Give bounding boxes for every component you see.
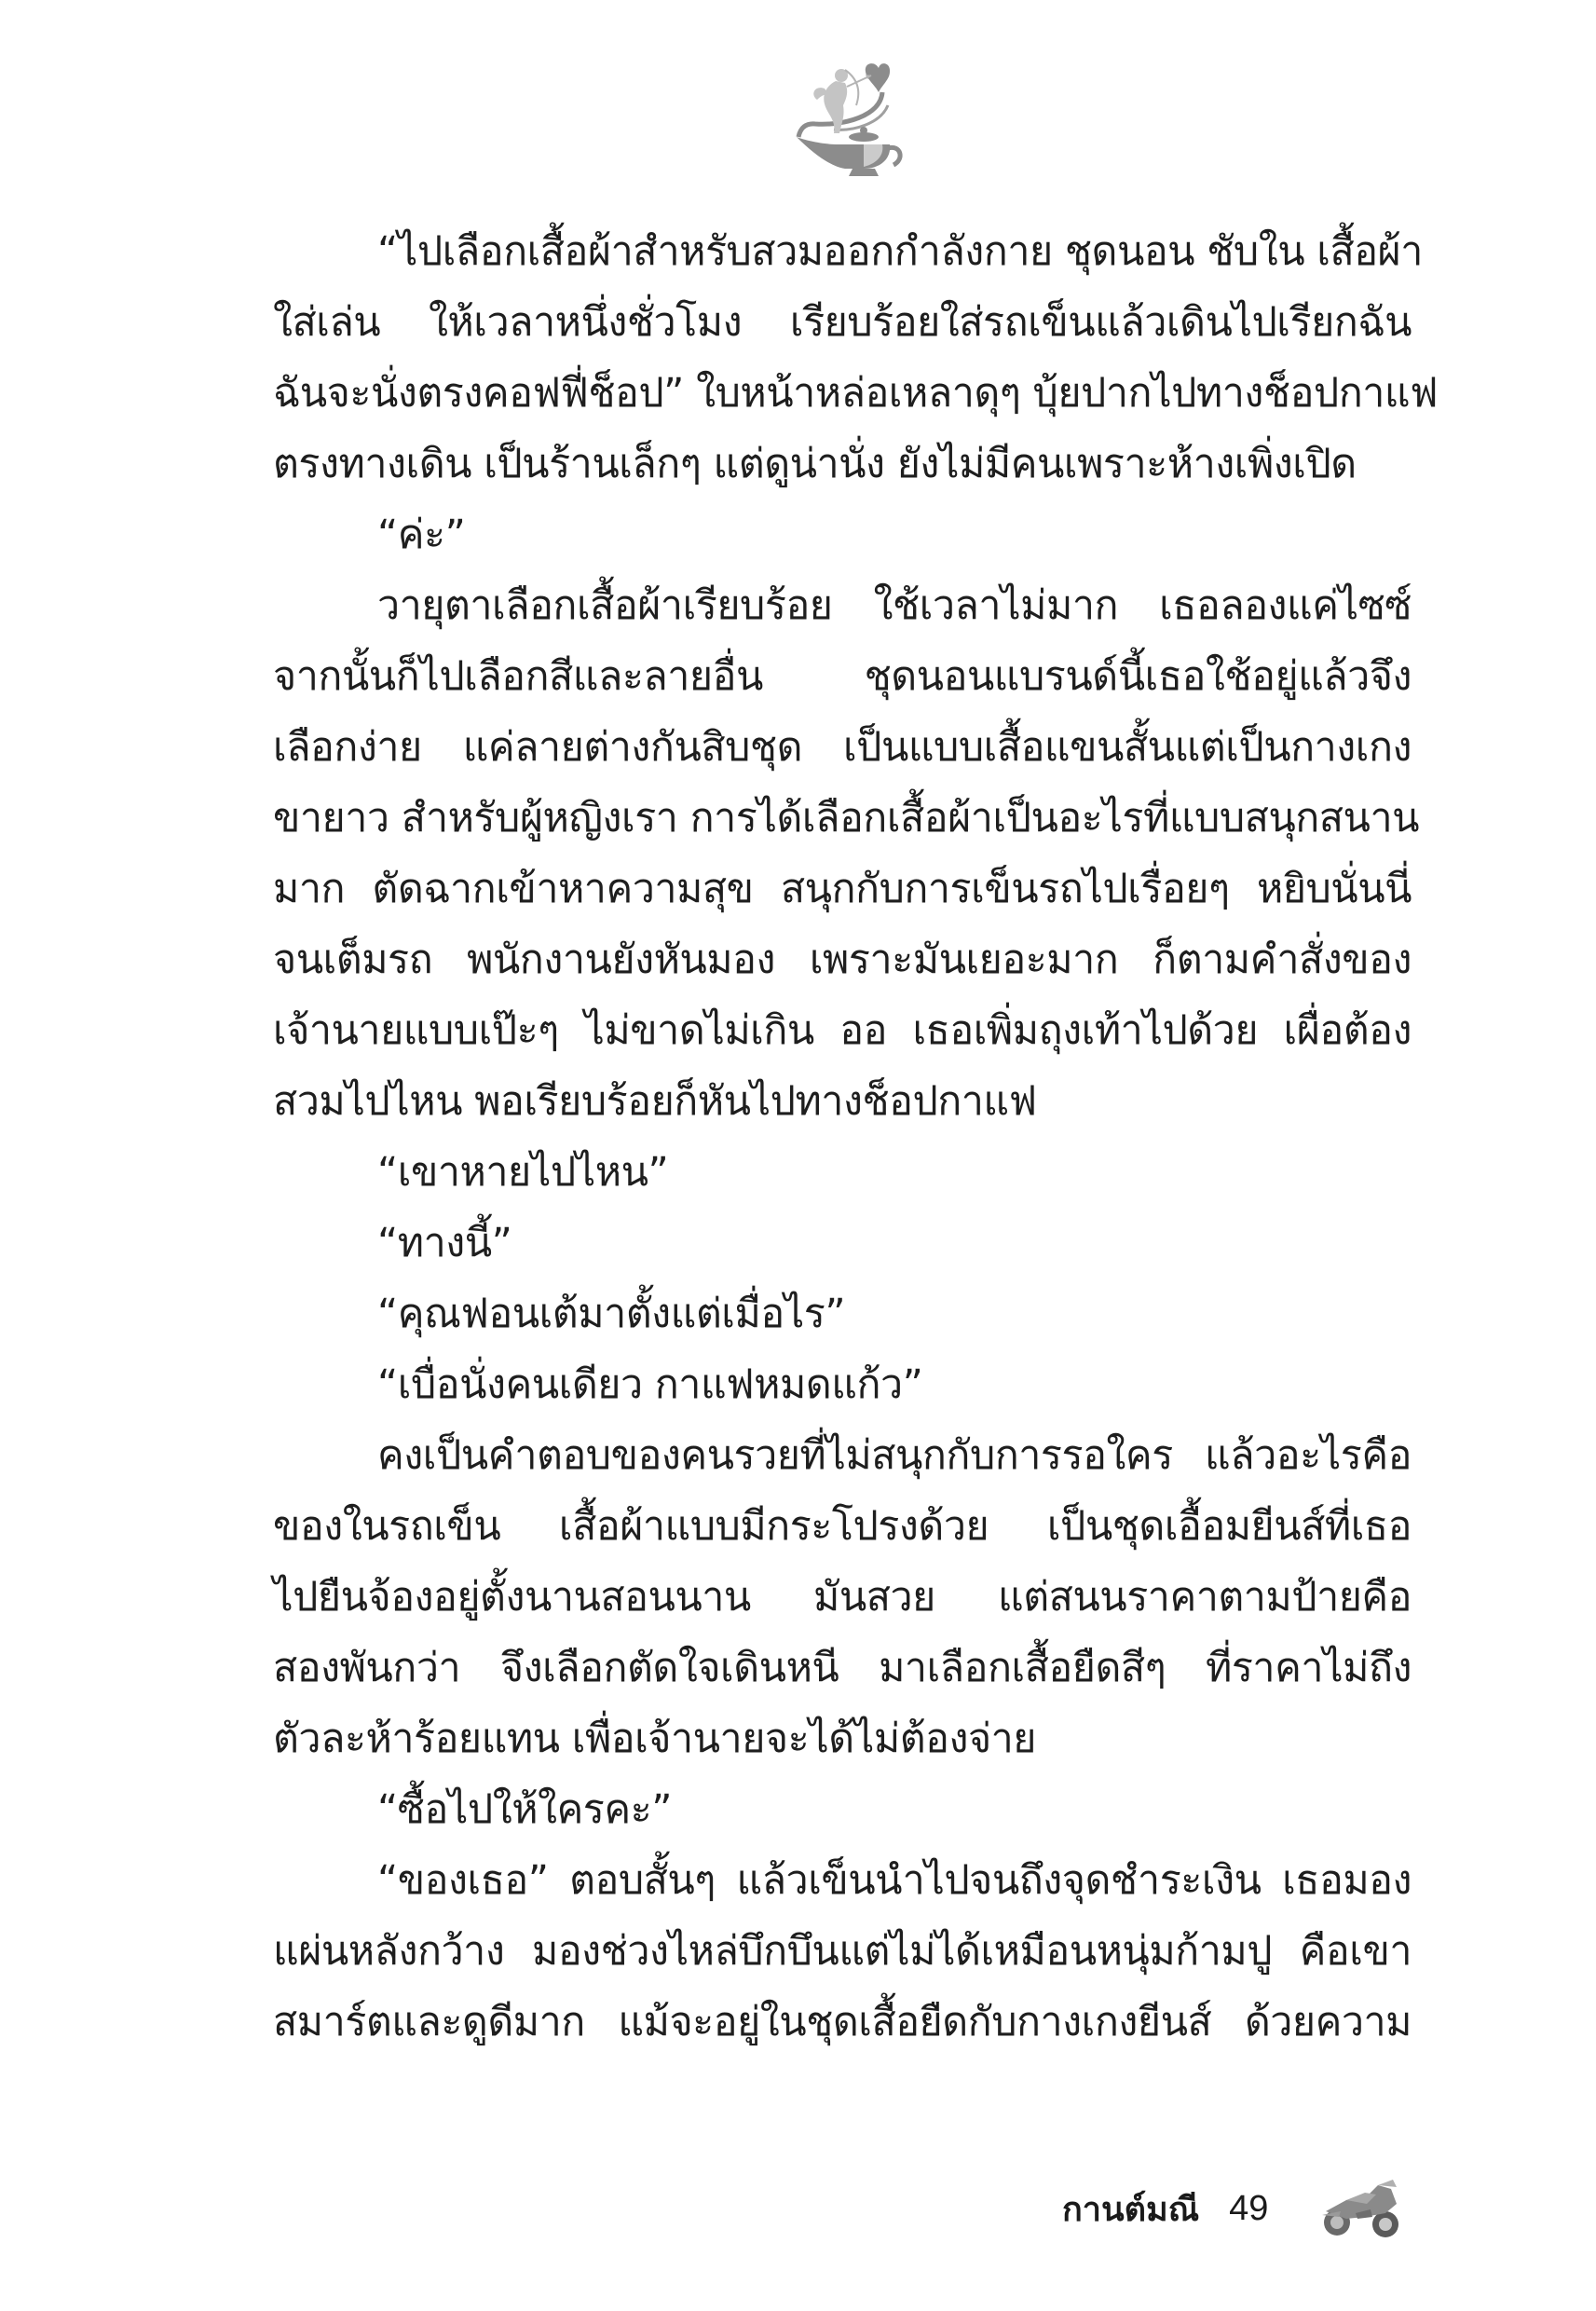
book-title: กานต์มณี (1062, 2182, 1199, 2236)
text-line: สวมไปไหน พอเรียบร้อยก็หันไปทางช็อปกาแฟ (273, 1066, 1412, 1137)
page-footer: กานต์มณี 49 (1062, 2171, 1402, 2246)
text-line: ตัวละห้าร้อยแทน เพื่อเจ้านายจะได้ไม่ต้อง… (273, 1703, 1412, 1774)
text-line: ฉันจะนั่งตรงคอฟฟี่ช็อป” ใบหน้าหล่อเหลาดุ… (273, 358, 1412, 429)
dialogue-line: “เขาหายไปไหน” (273, 1137, 1412, 1208)
text-line: จนเต็มรถ พนักงานยังหันมอง เพราะมันเยอะมา… (273, 924, 1412, 995)
text-line: “ไปเลือกเสื้อผ้าสำหรับสวมออกกำลังกาย ชุด… (273, 216, 1412, 287)
text-line: เจ้านายแบบเป๊ะๆ ไม่ขาดไม่เกิน ออ เธอเพิ่… (273, 995, 1412, 1066)
text-line: วายุตาเลือกเสื้อผ้าเรียบร้อย ใช้เวลาไม่ม… (273, 570, 1412, 641)
text-line: คงเป็นคำตอบของคนรวยที่ไม่สนุกกับการรอใคร… (273, 1420, 1412, 1491)
text-line: เลือกง่าย แค่ลายต่างกันสิบชุด เป็นแบบเสื… (273, 712, 1412, 783)
dialogue-line: “ซื้อไปให้ใครคะ” (273, 1774, 1412, 1845)
text-line: ของในรถเข็น เสื้อผ้าแบบมีกระโปรงด้วย เป็… (273, 1491, 1412, 1562)
text-line: “ของเธอ” ตอบสั้นๆ แล้วเข็นนำไปจนถึงจุดชำ… (273, 1845, 1412, 1916)
text-line: จากนั้นก็ไปเลือกสีและลายอื่น ชุดนอนแบรนด… (273, 641, 1412, 712)
dialogue-line: “ค่ะ” (273, 499, 1412, 570)
text-line: ขายาว สำหรับผู้หญิงเรา การได้เลือกเสื้อผ… (273, 783, 1412, 854)
motorcycle-icon (1318, 2176, 1402, 2241)
lamp-cupid-icon (778, 51, 908, 182)
text-line: สองพันกว่า จึงเลือกตัดใจเดินหนี มาเลือกเ… (273, 1633, 1412, 1703)
text-line: แผ่นหลังกว้าง มองช่วงไหล่บึกบึนแต่ไม่ได้… (273, 1916, 1412, 1987)
page-number: 49 (1229, 2189, 1268, 2229)
text-line: สมาร์ตและดูดีมาก แม้จะอยู่ในชุดเสื้อยืดก… (273, 1987, 1412, 2058)
text-line: ใส่เล่น ให้เวลาหนึ่งชั่วโมง เรียบร้อยใส่… (273, 287, 1412, 358)
dialogue-line: “ทางนี้” (273, 1208, 1412, 1279)
text-line: มาก ตัดฉากเข้าหาความสุข สนุกกับการเข็นรถ… (273, 854, 1412, 924)
dialogue-line: “คุณฟอนเต้มาตั้งแต่เมื่อไร” (273, 1279, 1412, 1349)
text-line: ไปยืนจ้องอยู่ตั้งนานสอนนาน มันสวย แต่สนน… (273, 1562, 1412, 1633)
body-text: “ไปเลือกเสื้อผ้าสำหรับสวมออกกำลังกาย ชุด… (273, 216, 1412, 2058)
text-line: ตรงทางเดิน เป็นร้านเล็กๆ แต่ดูน่านั่ง ยั… (273, 429, 1412, 499)
dialogue-line: “เบื่อนั่งคนเดียว กาแฟหมดแก้ว” (273, 1349, 1412, 1420)
